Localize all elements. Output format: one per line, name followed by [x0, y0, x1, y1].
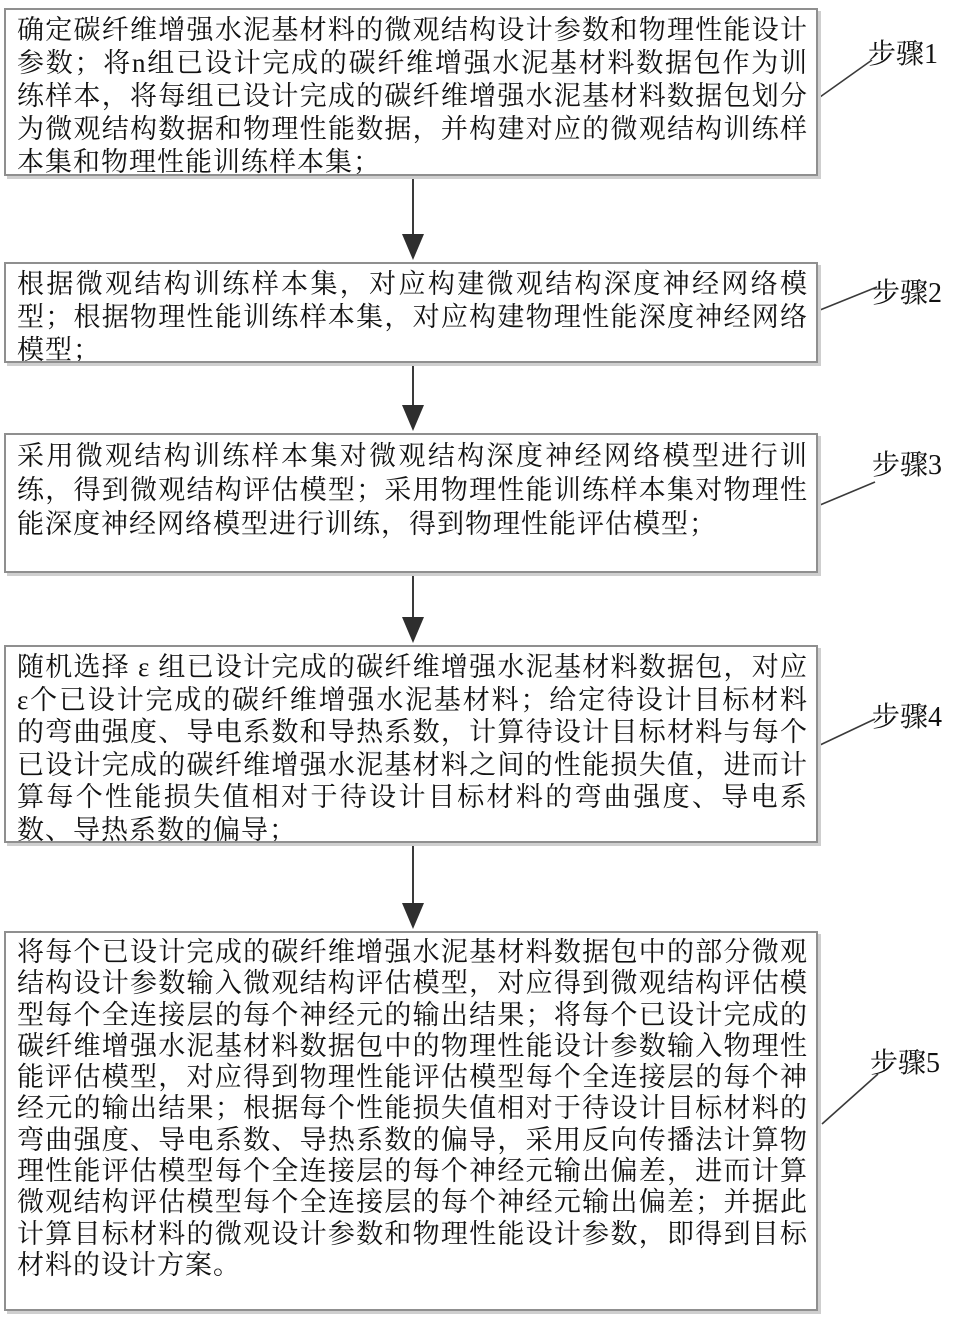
flowchart-canvas: 确定碳纤维增强水泥基材料的微观结构设计参数和物理性能设计参数；将n组已设计完成的…	[0, 0, 954, 1323]
step-text-2: 根据微观结构训练样本集，对应构建微观结构深度神经网络模型；根据物理性能训练样本集…	[6, 264, 816, 363]
leader-line-1	[820, 60, 872, 97]
step-box-5: 将每个已设计完成的碳纤维增强水泥基材料数据包中的部分微观结构设计参数输入微观结构…	[4, 931, 818, 1311]
leader-line-4	[820, 719, 875, 745]
leader-line-5	[822, 1074, 878, 1124]
leader-line-2	[820, 287, 877, 310]
step-label-3: 步骤3	[872, 451, 942, 481]
step-box-4: 随机选择 ε 组已设计完成的碳纤维增强水泥基材料数据包，对应ε个已设计完成的碳纤…	[4, 645, 818, 843]
step-box-3: 采用微观结构训练样本集对微观结构深度神经网络模型进行训练，得到微观结构评估模型；…	[4, 433, 818, 573]
step-label-4: 步骤4	[872, 703, 942, 733]
step-label-2: 步骤2	[872, 279, 942, 309]
flow-arrow-3	[402, 574, 424, 643]
step-label-1: 步骤1	[868, 40, 938, 70]
step-box-1: 确定碳纤维增强水泥基材料的微观结构设计参数和物理性能设计参数；将n组已设计完成的…	[4, 8, 818, 176]
flow-arrow-2	[402, 364, 424, 431]
step-text-5: 将每个已设计完成的碳纤维增强水泥基材料数据包中的部分微观结构设计参数输入微观结构…	[6, 933, 816, 1281]
step-box-2: 根据微观结构训练样本集，对应构建微观结构深度神经网络模型；根据物理性能训练样本集…	[4, 262, 818, 363]
flow-arrow-4	[402, 844, 424, 929]
step-text-3: 采用微观结构训练样本集对微观结构深度神经网络模型进行训练，得到微观结构评估模型；…	[6, 435, 816, 541]
flow-arrow-1	[402, 177, 424, 260]
step-text-4: 随机选择 ε 组已设计完成的碳纤维增强水泥基材料数据包，对应ε个已设计完成的碳纤…	[6, 647, 816, 843]
step-text-1: 确定碳纤维增强水泥基材料的微观结构设计参数和物理性能设计参数；将n组已设计完成的…	[6, 10, 816, 176]
step-label-5: 步骤5	[870, 1049, 940, 1079]
leader-line-3	[820, 482, 875, 505]
